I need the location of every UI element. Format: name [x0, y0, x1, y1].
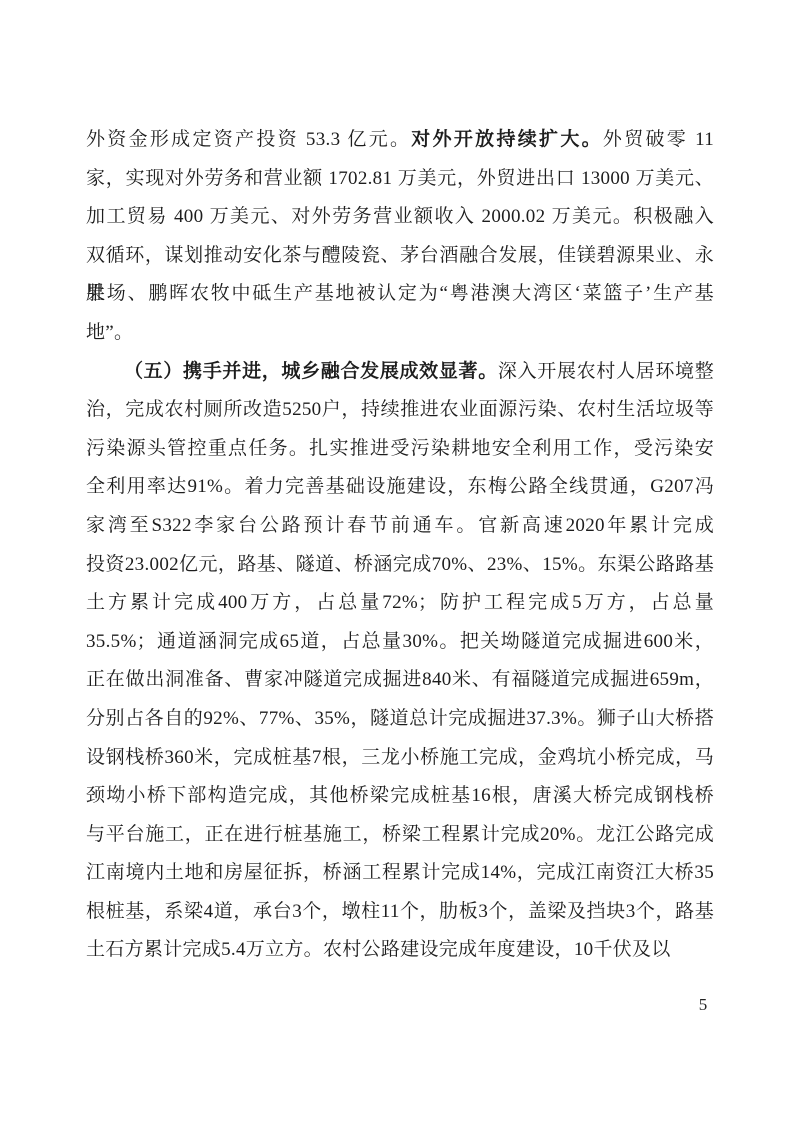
body-text: 外贸破零 11	[603, 129, 714, 150]
text-line: 全利用率达91%。着力完善基础设施建设，东梅公路全线贯通，G207冯	[86, 468, 714, 507]
body-text: 根桩基，系梁4道，承台3个，墩柱11个，肋板3个，盖梁及挡块3个，路基	[86, 901, 714, 922]
body-text: 治，完成农村厕所改造5250户，持续推进农业面源污染、农村生活垃圾等	[86, 399, 714, 420]
paragraph: （五）携手并进，城乡融合发展成效显著。深入开展农村人居环境整治，完成农村厕所改造…	[86, 353, 714, 971]
text-line: 家，实现对外劳务和营业额 1702.81 万美元，外贸进出口 13000 万美元…	[86, 160, 714, 199]
text-line: 根桩基，系梁4道，承台3个，墩柱11个，肋板3个，盖梁及挡块3个，路基	[86, 893, 714, 932]
text-line: 江南境内土地和房屋征拆，桥涵工程累计完成14%，完成江南资江大桥35	[86, 854, 714, 893]
body-text: 35.5%；通道涵洞完成65道，占总量30%。把关坳隧道完成掘进600米，	[86, 631, 714, 652]
text-line: 正在做出洞准备、曹家冲隧道完成掘进840米、有福隧道完成掘进659m，	[86, 661, 714, 700]
paragraph: 外资金形成定资产投资 53.3 亿元。对外开放持续扩大。外贸破零 11家，实现对…	[86, 121, 714, 353]
body-text: 江南境内土地和房屋征拆，桥涵工程累计完成14%，完成江南资江大桥35	[86, 862, 714, 883]
text-line: 与平台施工，正在进行桩基施工，桥梁工程累计完成20%。龙江公路完成	[86, 816, 714, 855]
body-text: 土方累计完成400万方，占总量72%；防护工程完成5万方，占总量	[86, 592, 714, 613]
text-line: 加工贸易 400 万美元、对外劳务营业额收入 2000.02 万美元。积极融入	[86, 198, 714, 237]
body-text: 颈坳小桥下部构造完成，其他桥梁完成桩基16根，唐溪大桥完成钢栈桥	[86, 785, 714, 806]
text-line: 治，完成农村厕所改造5250户，持续推进农业面源污染、农村生活垃圾等	[86, 391, 714, 430]
emphasis-text: （五）携手并进，城乡融合发展成效显著。	[124, 361, 498, 382]
body-text: 正在做出洞准备、曹家冲隧道完成掘进840米、有福隧道完成掘进659m，	[86, 669, 714, 690]
text-line: 双循环，谋划推动安化茶与醴陵瓷、茅台酒融合发展，佳镁碧源果业、永胜	[86, 237, 714, 276]
body-text: 分别占各自的92%、77%、35%，隧道总计完成掘进37.3%。狮子山大桥搭	[86, 708, 714, 729]
body-text: 外资金形成定资产投资 53.3 亿元。	[86, 129, 411, 150]
text-line: （五）携手并进，城乡融合发展成效显著。深入开展农村人居环境整	[86, 353, 714, 392]
body-text: 全利用率达91%。着力完善基础设施建设，东梅公路全线贯通，G207冯	[86, 476, 714, 497]
text-line: 家湾至S322李家台公路预计春节前通车。官新高速2020年累计完成	[86, 507, 714, 546]
body-text: 与平台施工，正在进行桩基施工，桥梁工程累计完成20%。龙江公路完成	[86, 824, 714, 845]
body-text: 家湾至S322李家台公路预计春节前通车。官新高速2020年累计完成	[86, 515, 714, 536]
body-text: 设钢栈桥360米，完成桩基7根，三龙小桥施工完成，金鸡坑小桥完成，马	[86, 747, 714, 768]
text-line: 分别占各自的92%、77%、35%，隧道总计完成掘进37.3%。狮子山大桥搭	[86, 700, 714, 739]
text-line: 外资金形成定资产投资 53.3 亿元。对外开放持续扩大。外贸破零 11	[86, 121, 714, 160]
document-page: 外资金形成定资产投资 53.3 亿元。对外开放持续扩大。外贸破零 11家，实现对…	[0, 0, 793, 1122]
text-line: 设钢栈桥360米，完成桩基7根，三龙小桥施工完成，金鸡坑小桥完成，马	[86, 739, 714, 778]
text-line: 土方累计完成400万方，占总量72%；防护工程完成5万方，占总量	[86, 584, 714, 623]
emphasis-text: 对外开放持续扩大。	[411, 129, 603, 150]
page-body-text: 外资金形成定资产投资 53.3 亿元。对外开放持续扩大。外贸破零 11家，实现对…	[86, 121, 714, 970]
text-line: 投资23.002亿元，路基、隧道、桥涵完成70%、23%、15%。东渠公路路基	[86, 546, 714, 585]
page-number: 5	[688, 991, 718, 1019]
body-text: 污染源头管控重点任务。扎实推进受污染耕地安全利用工作，受污染安	[86, 438, 714, 459]
body-text: 投资23.002亿元，路基、隧道、桥涵完成70%、23%、15%。东渠公路路基	[86, 554, 714, 575]
text-line: 土石方累计完成5.4万立方。农村公路建设完成年度建设，10千伏及以	[86, 931, 714, 970]
text-line: 果场、鹏晖农牧中砥生产基地被认定为“粤港澳大湾区‘菜篮子’生产基	[86, 275, 714, 314]
body-text: 家，实现对外劳务和营业额 1702.81 万美元，外贸进出口 13000 万美元…	[86, 168, 714, 189]
body-text: 果场、鹏晖农牧中砥生产基地被认定为“粤港澳大湾区‘菜篮子’生产基	[86, 283, 714, 304]
text-line: 地”。	[86, 314, 714, 353]
body-text: 深入开展农村人居环境整	[498, 361, 714, 382]
body-text: 加工贸易 400 万美元、对外劳务营业额收入 2000.02 万美元。积极融入	[86, 206, 714, 227]
text-line: 颈坳小桥下部构造完成，其他桥梁完成桩基16根，唐溪大桥完成钢栈桥	[86, 777, 714, 816]
text-line: 35.5%；通道涵洞完成65道，占总量30%。把关坳隧道完成掘进600米，	[86, 623, 714, 662]
body-text: 土石方累计完成5.4万立方。农村公路建设完成年度建设，10千伏及以	[86, 939, 671, 960]
text-line: 污染源头管控重点任务。扎实推进受污染耕地安全利用工作，受污染安	[86, 430, 714, 469]
body-text: 地”。	[86, 322, 133, 343]
